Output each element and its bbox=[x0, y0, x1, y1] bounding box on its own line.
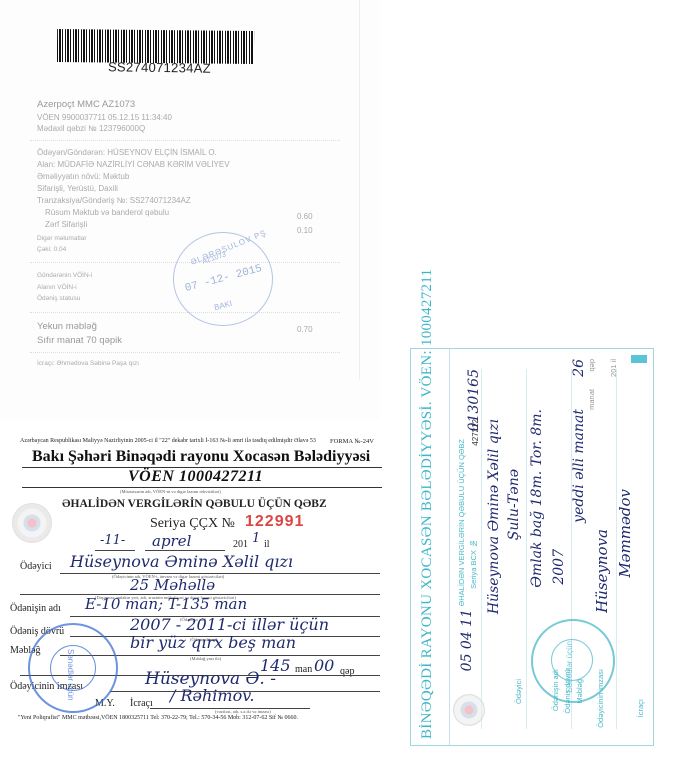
postal-line: Mədaxil qəbzi № 123796000Q bbox=[37, 124, 145, 133]
postal-line: Digər məlumatlar bbox=[37, 235, 87, 242]
postal-line: VÖEN 9900037711 05.12.15 11:34:40 bbox=[37, 113, 172, 122]
rotated-payer-signature: Hüseynova bbox=[593, 529, 611, 613]
rotated-label: qəp bbox=[587, 359, 596, 372]
header-band: BİNƏQƏDİ RAYONU XOCASƏN BƏLƏDİYYƏSİ. VÖE… bbox=[411, 349, 450, 745]
executor-line: İcraçı: Əhmədova Səbinə Paşa qızı bbox=[37, 360, 139, 367]
postal-line: Əməliyyatın növü: Məktub bbox=[37, 172, 129, 181]
voen-caption: (Müəssisənin adı, VÖEN-ni və digər lazım… bbox=[120, 489, 221, 494]
executor-signature: / Rəhimov. bbox=[170, 686, 254, 705]
amount-words: bir yüz qırx beş man bbox=[130, 633, 296, 652]
stamp-top-text: ƏLƏRƏSULOV PŞ bbox=[189, 228, 268, 267]
tax-receipt: Azərbaycan Respublikası Maliyyə Nazirliy… bbox=[0, 428, 400, 768]
rotated-stamp: Sənədlər üçün bbox=[531, 619, 615, 703]
rotated-tax-receipt: BİNƏQƏDİ RAYONU XOCASƏN BƏLƏDİYYƏSİ. VÖE… bbox=[410, 348, 654, 746]
postal-line: Rüsum Məktub və banderol qəbulu bbox=[45, 208, 169, 217]
payment-name-value: E-10 man; T-135 man bbox=[85, 595, 247, 613]
form-number: FORMA №-24V bbox=[330, 438, 374, 445]
decree-text: Azərbaycan Respublikası Maliyyə Nazirliy… bbox=[20, 438, 316, 444]
address-value: 25 Məhəllə bbox=[130, 576, 215, 594]
stamp-center-text: Sənədlər üçün bbox=[565, 641, 574, 693]
postal-line: Azerpoçt MMC AZ1073 bbox=[37, 99, 135, 110]
divider bbox=[22, 487, 382, 488]
rotated-label: 201 il bbox=[609, 359, 618, 377]
field-caption: (vəzifəsi, adı, s.a.ilə və imzası) bbox=[215, 709, 271, 714]
payer-label: Ödəyici bbox=[20, 561, 52, 572]
emblem-icon bbox=[453, 694, 485, 726]
payment-period-value: 2007 - 2011-ci illər üçün bbox=[130, 615, 329, 634]
rotated-period: 2007 bbox=[551, 549, 567, 585]
receipt-number: 122991 bbox=[245, 513, 304, 531]
year-prefix: 201 bbox=[233, 539, 248, 550]
postal-line: Ödəyən/Göndərən: HÜSEYNOV ELÇİN İSMAİL O… bbox=[37, 148, 217, 157]
manat-label: man bbox=[295, 664, 312, 675]
rotated-label: Ödəyici bbox=[514, 679, 523, 704]
receipt-edge bbox=[359, 0, 360, 380]
total-label: Yekun məbləğ bbox=[37, 321, 97, 332]
postal-line: Ödəniş statusu bbox=[37, 295, 80, 302]
field-caption: (Məbləğ yazı ilə) bbox=[190, 656, 221, 661]
divider bbox=[30, 312, 340, 313]
date-day: -11- bbox=[100, 533, 125, 548]
municipality-stamp: Sənədlər üçün bbox=[28, 623, 118, 713]
rotated-header: BİNƏQƏDİ RAYONU XOCASƏN BƏLƏDİYYƏSİ. VÖE… bbox=[419, 359, 436, 739]
rotated-hw-code: 0130165 bbox=[466, 369, 482, 431]
rotated-series: Seriya BCX № bbox=[469, 539, 478, 589]
stamp-center-text: Sənədlər üçün bbox=[66, 649, 75, 701]
divider bbox=[30, 140, 340, 141]
emblem-icon bbox=[12, 503, 52, 543]
postal-line: Tranzaksiya/Göndəriş №: SS274071234AZ bbox=[37, 196, 191, 205]
payment-name-label: Ödənişin adı bbox=[10, 603, 61, 614]
postal-value: 0.60 bbox=[297, 212, 313, 221]
receipt-title: ƏHALİDƏN VERGİLƏRİN QƏBULU ÜÇÜN QƏBZ bbox=[62, 498, 327, 510]
postal-line: Alanın VÖİN-i bbox=[37, 284, 77, 291]
postal-line: Sifarişli, Yerüstü, Daxili bbox=[37, 184, 118, 193]
rotated-payer: Hüseynova Əminə Xəlil qızı bbox=[486, 419, 502, 614]
rotated-payment-name: Əmlak bağ 18m. Tor. 8m. bbox=[529, 409, 545, 588]
rotated-label: manat bbox=[587, 389, 596, 410]
rotated-address: Şulu-Tənə bbox=[506, 469, 522, 540]
barcode-number: SS274071234AZ bbox=[108, 59, 211, 75]
underline bbox=[145, 550, 225, 551]
amount-qepik: 00 bbox=[314, 656, 334, 675]
postal-line: Alan: MÜDAFİƏ NAZİRLİYİ CƏNAB KƏRİM VƏLİ… bbox=[37, 160, 230, 169]
series-label: Seriya ÇÇX № bbox=[150, 516, 235, 532]
date-month: aprel bbox=[152, 532, 191, 550]
organization-name: Bakı Şəhəri Binəqədi rayonu Xocasən Bələ… bbox=[32, 448, 370, 466]
voen-number: VÖEN 1000427211 bbox=[128, 468, 263, 486]
barcode-icon bbox=[57, 29, 254, 64]
total-value: 0.70 bbox=[297, 325, 313, 334]
postal-line: Göndərənin VÖİN-i bbox=[37, 272, 92, 279]
total-words: Sıfır manat 70 qəpik bbox=[37, 335, 122, 346]
postal-line: Çəki: 0.04 bbox=[37, 246, 66, 253]
divider bbox=[526, 369, 527, 729]
rotated-label: İcraçı bbox=[636, 699, 645, 717]
rotated-executor: Məmmədov bbox=[616, 489, 634, 578]
postal-stamp: ƏLƏRƏSULOV PŞ AZ1073 07 -12- 2015 BAKI bbox=[173, 232, 273, 326]
printer-footer: "Yeni Poliqrafist" MMC mətbəəsi,VÖEN 180… bbox=[18, 715, 298, 721]
corner-tag bbox=[631, 355, 647, 363]
rotated-date: 05 04 11 bbox=[459, 609, 475, 671]
rotated-amount-words: yeddi əlli manat bbox=[571, 409, 587, 523]
underline bbox=[95, 550, 135, 551]
year-label: il bbox=[264, 539, 270, 550]
postal-value: 0.10 bbox=[297, 226, 313, 235]
rotated-title: ƏHALİDƏN VERGİLƏRİN QƏBULU ÜÇÜN QƏBZ bbox=[457, 439, 466, 606]
divider bbox=[30, 352, 340, 353]
stamp-city: BAKI bbox=[213, 299, 233, 312]
rotated-amount: 26 bbox=[571, 359, 587, 377]
payer-value: Hüseynova Əminə Xəlil qızı bbox=[70, 552, 293, 571]
stamp-date: 07 -12- 2015 bbox=[184, 263, 264, 295]
year-suffix: 1 bbox=[252, 531, 260, 546]
postal-receipt: SS274071234AZ Azerpoçt MMC AZ1073 VÖEN 9… bbox=[0, 0, 380, 420]
postal-line: Zərf Sifarişli bbox=[45, 220, 87, 229]
